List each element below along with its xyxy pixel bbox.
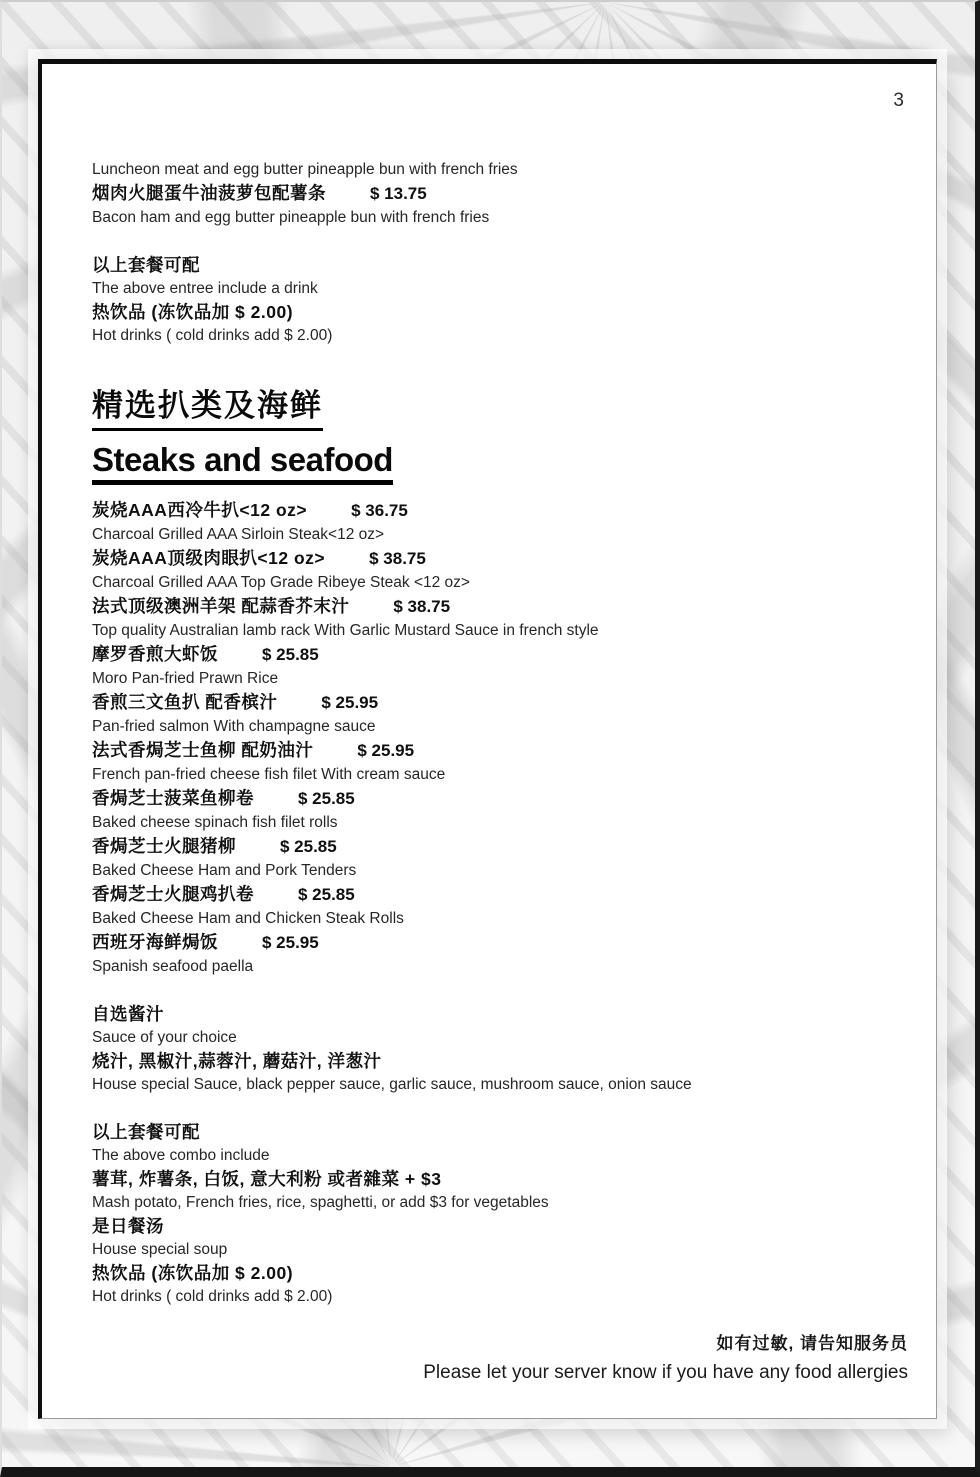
entree-note: 以上套餐可配 The above entree include a drink … [92, 254, 908, 348]
decorative-frame: 3 Luncheon meat and egg butter pineapple… [0, 0, 980, 1477]
menu-item-en: Charcoal Grilled AAA Sirloin Steak<12 oz… [92, 523, 908, 547]
sauce-en-title: Sauce of your choice [92, 1026, 908, 1050]
menu-item-en: French pan-fried cheese fish filet With … [92, 763, 908, 787]
menu-item-price: $ 25.95 [262, 933, 319, 952]
menu-item-zh-line: 炭烧AAA顶级肉眼扒<12 oz>$ 38.75 [92, 547, 908, 572]
menu-item-price: $ 25.95 [357, 741, 414, 760]
section-heading-zh: 精选扒类及海鲜 [92, 388, 323, 431]
menu-item-zh: 香煎三文鱼扒 配香槟汁 [92, 692, 277, 712]
sauce-zh-title: 自选酱汁 [92, 1003, 908, 1027]
menu-item-price: $ 38.75 [369, 549, 426, 568]
section-heading: 精选扒类及海鲜 Steaks and seafood [92, 388, 908, 491]
menu-item-en: Top quality Australian lamb rack With Ga… [92, 619, 908, 643]
menu-body: Luncheon meat and egg butter pineapple b… [92, 158, 908, 1309]
intro-item-zh-line: 烟肉火腿蛋牛油菠萝包配薯条$ 13.75 [92, 182, 908, 207]
intro-item-zh: 烟肉火腿蛋牛油菠萝包配薯条 [92, 183, 326, 203]
menu-item-en: Baked Cheese Ham and Pork Tenders [92, 859, 908, 883]
menu-item-price: $ 25.85 [298, 789, 355, 808]
sauce-section: 自选酱汁 Sauce of your choice 烧汁, 黑椒汁,蒜蓉汁, 蘑… [92, 1003, 908, 1097]
menu-item-zh-line: 香煎三文鱼扒 配香槟汁$ 25.95 [92, 691, 908, 716]
menu-item-zh-line: 法式香焗芝士鱼柳 配奶油汁$ 25.95 [92, 739, 908, 764]
entree-note-zh-drinks: 热饮品 (冻饮品加 $ 2.00) [92, 301, 908, 325]
menu-item-price: $ 38.75 [393, 597, 450, 616]
menu-item-zh: 香焗芝士火腿鸡扒卷 [92, 884, 254, 904]
combo-zh-drinks: 热饮品 (冻饮品加 $ 2.00) [92, 1262, 908, 1286]
sauce-en-list: House special Sauce, black pepper sauce,… [92, 1073, 908, 1097]
combo-en-drinks: Hot drinks ( cold drinks add $ 2.00) [92, 1285, 908, 1309]
menu-item-zh: 西班牙海鲜焗饭 [92, 932, 218, 952]
menu-item-zh-line: 西班牙海鲜焗饭$ 25.95 [92, 931, 908, 956]
menu-items: 炭烧AAA西冷牛扒<12 oz>$ 36.75 Charcoal Grilled… [92, 499, 908, 979]
intro-item-price: $ 13.75 [370, 184, 427, 203]
menu-item-en: Charcoal Grilled AAA Top Grade Ribeye St… [92, 571, 908, 595]
menu-item-zh: 炭烧AAA顶级肉眼扒<12 oz> [92, 548, 325, 568]
menu-item-zh-line: 香焗芝士菠菜鱼柳卷$ 25.85 [92, 787, 908, 812]
menu-item-en: Baked cheese spinach fish filet rolls [92, 811, 908, 835]
menu-item-zh: 摩罗香煎大虾饭 [92, 644, 218, 664]
combo-section: 以上套餐可配 The above combo include 薯茸, 炸薯条, … [92, 1121, 908, 1309]
menu-item-zh: 法式香焗芝士鱼柳 配奶油汁 [92, 740, 313, 760]
menu-item-zh: 炭烧AAA西冷牛扒<12 oz> [92, 500, 307, 520]
intro-item-en-bottom: Bacon ham and egg butter pineapple bun w… [92, 206, 908, 230]
menu-item-en: Baked Cheese Ham and Chicken Steak Rolls [92, 907, 908, 931]
allergy-notice-en: Please let your server know if you have … [423, 1358, 908, 1388]
menu-item-price: $ 25.85 [280, 837, 337, 856]
menu-page: 3 Luncheon meat and egg butter pineapple… [38, 59, 937, 1419]
entree-note-en-drinks: Hot drinks ( cold drinks add $ 2.00) [92, 324, 908, 348]
menu-item-en: Spanish seafood paella [92, 955, 908, 979]
menu-item-zh-line: 香焗芝士火腿鸡扒卷$ 25.85 [92, 883, 908, 908]
menu-item-price: $ 25.85 [298, 885, 355, 904]
menu-item-zh-line: 炭烧AAA西冷牛扒<12 oz>$ 36.75 [92, 499, 908, 524]
combo-en-title: The above combo include [92, 1144, 908, 1168]
combo-zh-soup: 是日餐汤 [92, 1215, 908, 1239]
allergy-notice: 如有过敏, 请告知服务员 Please let your server know… [423, 1330, 908, 1388]
combo-zh-title: 以上套餐可配 [92, 1121, 908, 1145]
allergy-notice-zh: 如有过敏, 请告知服务员 [423, 1330, 908, 1358]
menu-item-zh: 香焗芝士火腿猪柳 [92, 836, 236, 856]
section-heading-en: Steaks and seafood [92, 441, 393, 485]
menu-item-zh: 法式顶级澳洲羊架 配蒜香芥末汁 [92, 596, 349, 616]
menu-item-zh-line: 香焗芝士火腿猪柳$ 25.85 [92, 835, 908, 860]
menu-item-zh-line: 摩罗香煎大虾饭$ 25.85 [92, 643, 908, 668]
menu-item-zh: 香焗芝士菠菜鱼柳卷 [92, 788, 254, 808]
intro-item-en-top: Luncheon meat and egg butter pineapple b… [92, 158, 908, 182]
combo-en-soup: House special soup [92, 1238, 908, 1262]
menu-item-price: $ 25.95 [321, 693, 378, 712]
intro-item: Luncheon meat and egg butter pineapple b… [92, 158, 908, 230]
menu-item-zh-line: 法式顶级澳洲羊架 配蒜香芥末汁$ 38.75 [92, 595, 908, 620]
entree-note-en-title: The above entree include a drink [92, 277, 908, 301]
entree-note-zh-title: 以上套餐可配 [92, 254, 908, 278]
combo-zh-sides: 薯茸, 炸薯条, 白饭, 意大利粉 或者雜菜 + $3 [92, 1168, 908, 1192]
menu-item-en: Pan-fried salmon With champagne sauce [92, 715, 908, 739]
menu-item-en: Moro Pan-fried Prawn Rice [92, 667, 908, 691]
menu-item-price: $ 25.85 [262, 645, 319, 664]
combo-en-sides: Mash potato, French fries, rice, spaghet… [92, 1191, 908, 1215]
page-number: 3 [893, 90, 904, 112]
menu-item-price: $ 36.75 [351, 501, 408, 520]
sauce-zh-list: 烧汁, 黑椒汁,蒜蓉汁, 蘑菇汁, 洋葱汁 [92, 1050, 908, 1074]
